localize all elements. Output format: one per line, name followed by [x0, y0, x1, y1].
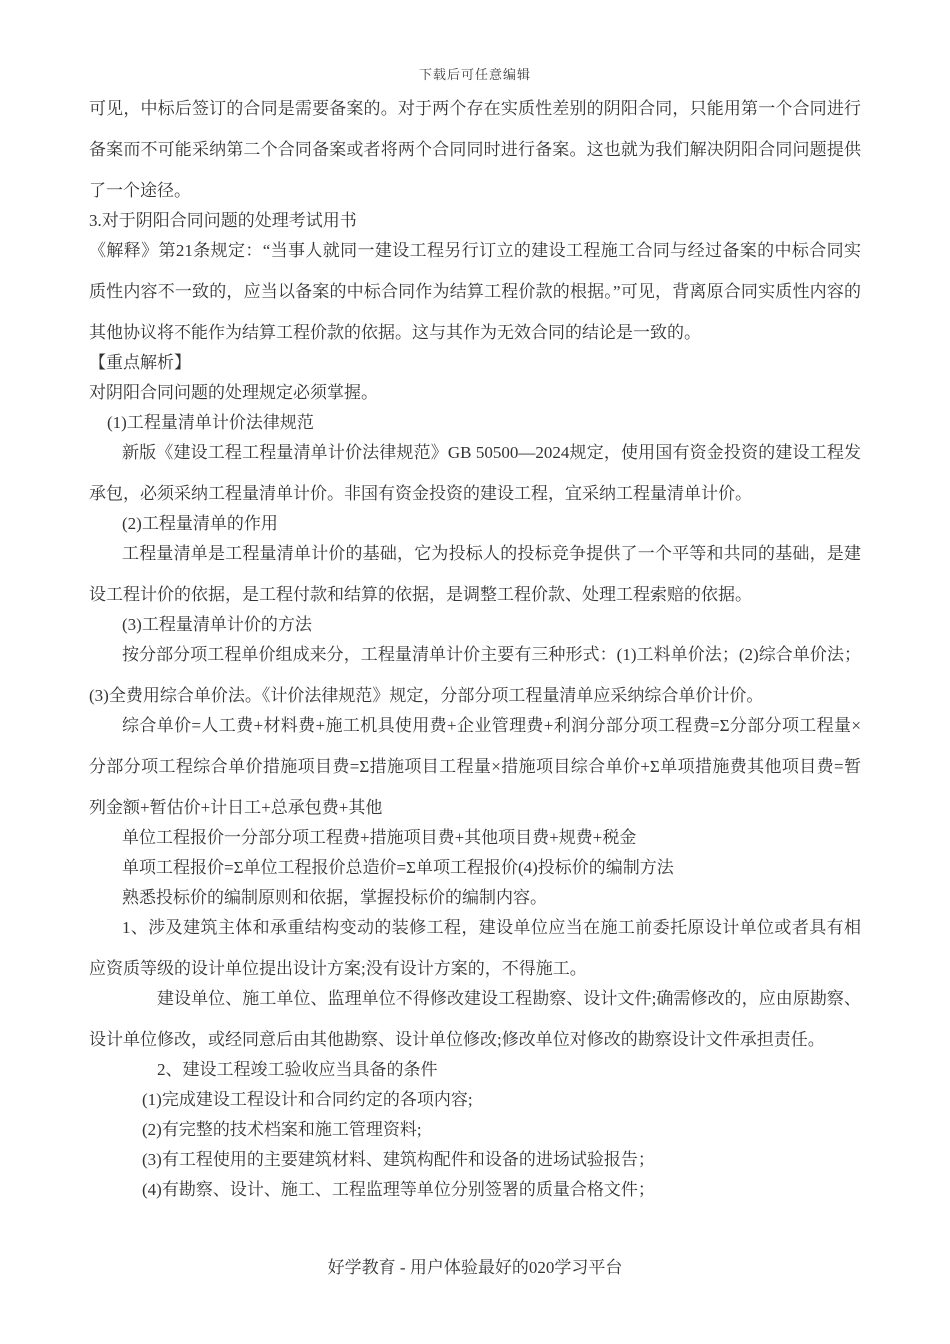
paragraph: 工程量清单是工程量清单计价的基础，它为投标人的投标竞争提供了一个平等和共同的基础…: [89, 533, 861, 615]
paragraph: 可见，中标后签订的合同是需要备案的。对于两个存在实质性差别的阴阳合同，只能用第一…: [89, 88, 861, 211]
list-item: (4)有勘察、设计、施工、工程监理等单位分别签署的质量合格文件；: [89, 1169, 861, 1210]
formula-paragraph: 综合单价=人工费+材料费+施工机具使用费+企业管理费+利润分部分项工程费=Σ分部…: [89, 705, 861, 828]
paragraph: 《解释》第21条规定：“当事人就同一建设工程另行订立的建设工程施工合同与经过备案…: [89, 230, 861, 353]
numbered-item: 1、涉及建筑主体和承重结构变动的装修工程，建设单位应当在施工前委托原设计单位或者…: [89, 907, 861, 989]
paragraph: 按分部分项工程单价组成来分，工程量清单计价主要有三种形式：(1)工料单价法；(2…: [89, 634, 861, 716]
paragraph: 建设单位、施工单位、监理单位不得修改建设工程勘察、设计文件;确需修改的，应由原勘…: [89, 978, 861, 1060]
footer-note: 好学教育 - 用户体验最好的020学习平台: [0, 1256, 950, 1280]
header-note: 下载后可任意编辑: [0, 66, 950, 84]
document-body: 可见，中标后签订的合同是需要备案的。对于两个存在实质性差别的阴阳合同，只能用第一…: [89, 88, 861, 1210]
document-page: 下载后可任意编辑 可见，中标后签订的合同是需要备案的。对于两个存在实质性差别的阴…: [0, 0, 950, 1344]
paragraph: 新版《建设工程工程量清单计价法律规范》GB 50500—2024规定，使用国有资…: [89, 432, 861, 514]
